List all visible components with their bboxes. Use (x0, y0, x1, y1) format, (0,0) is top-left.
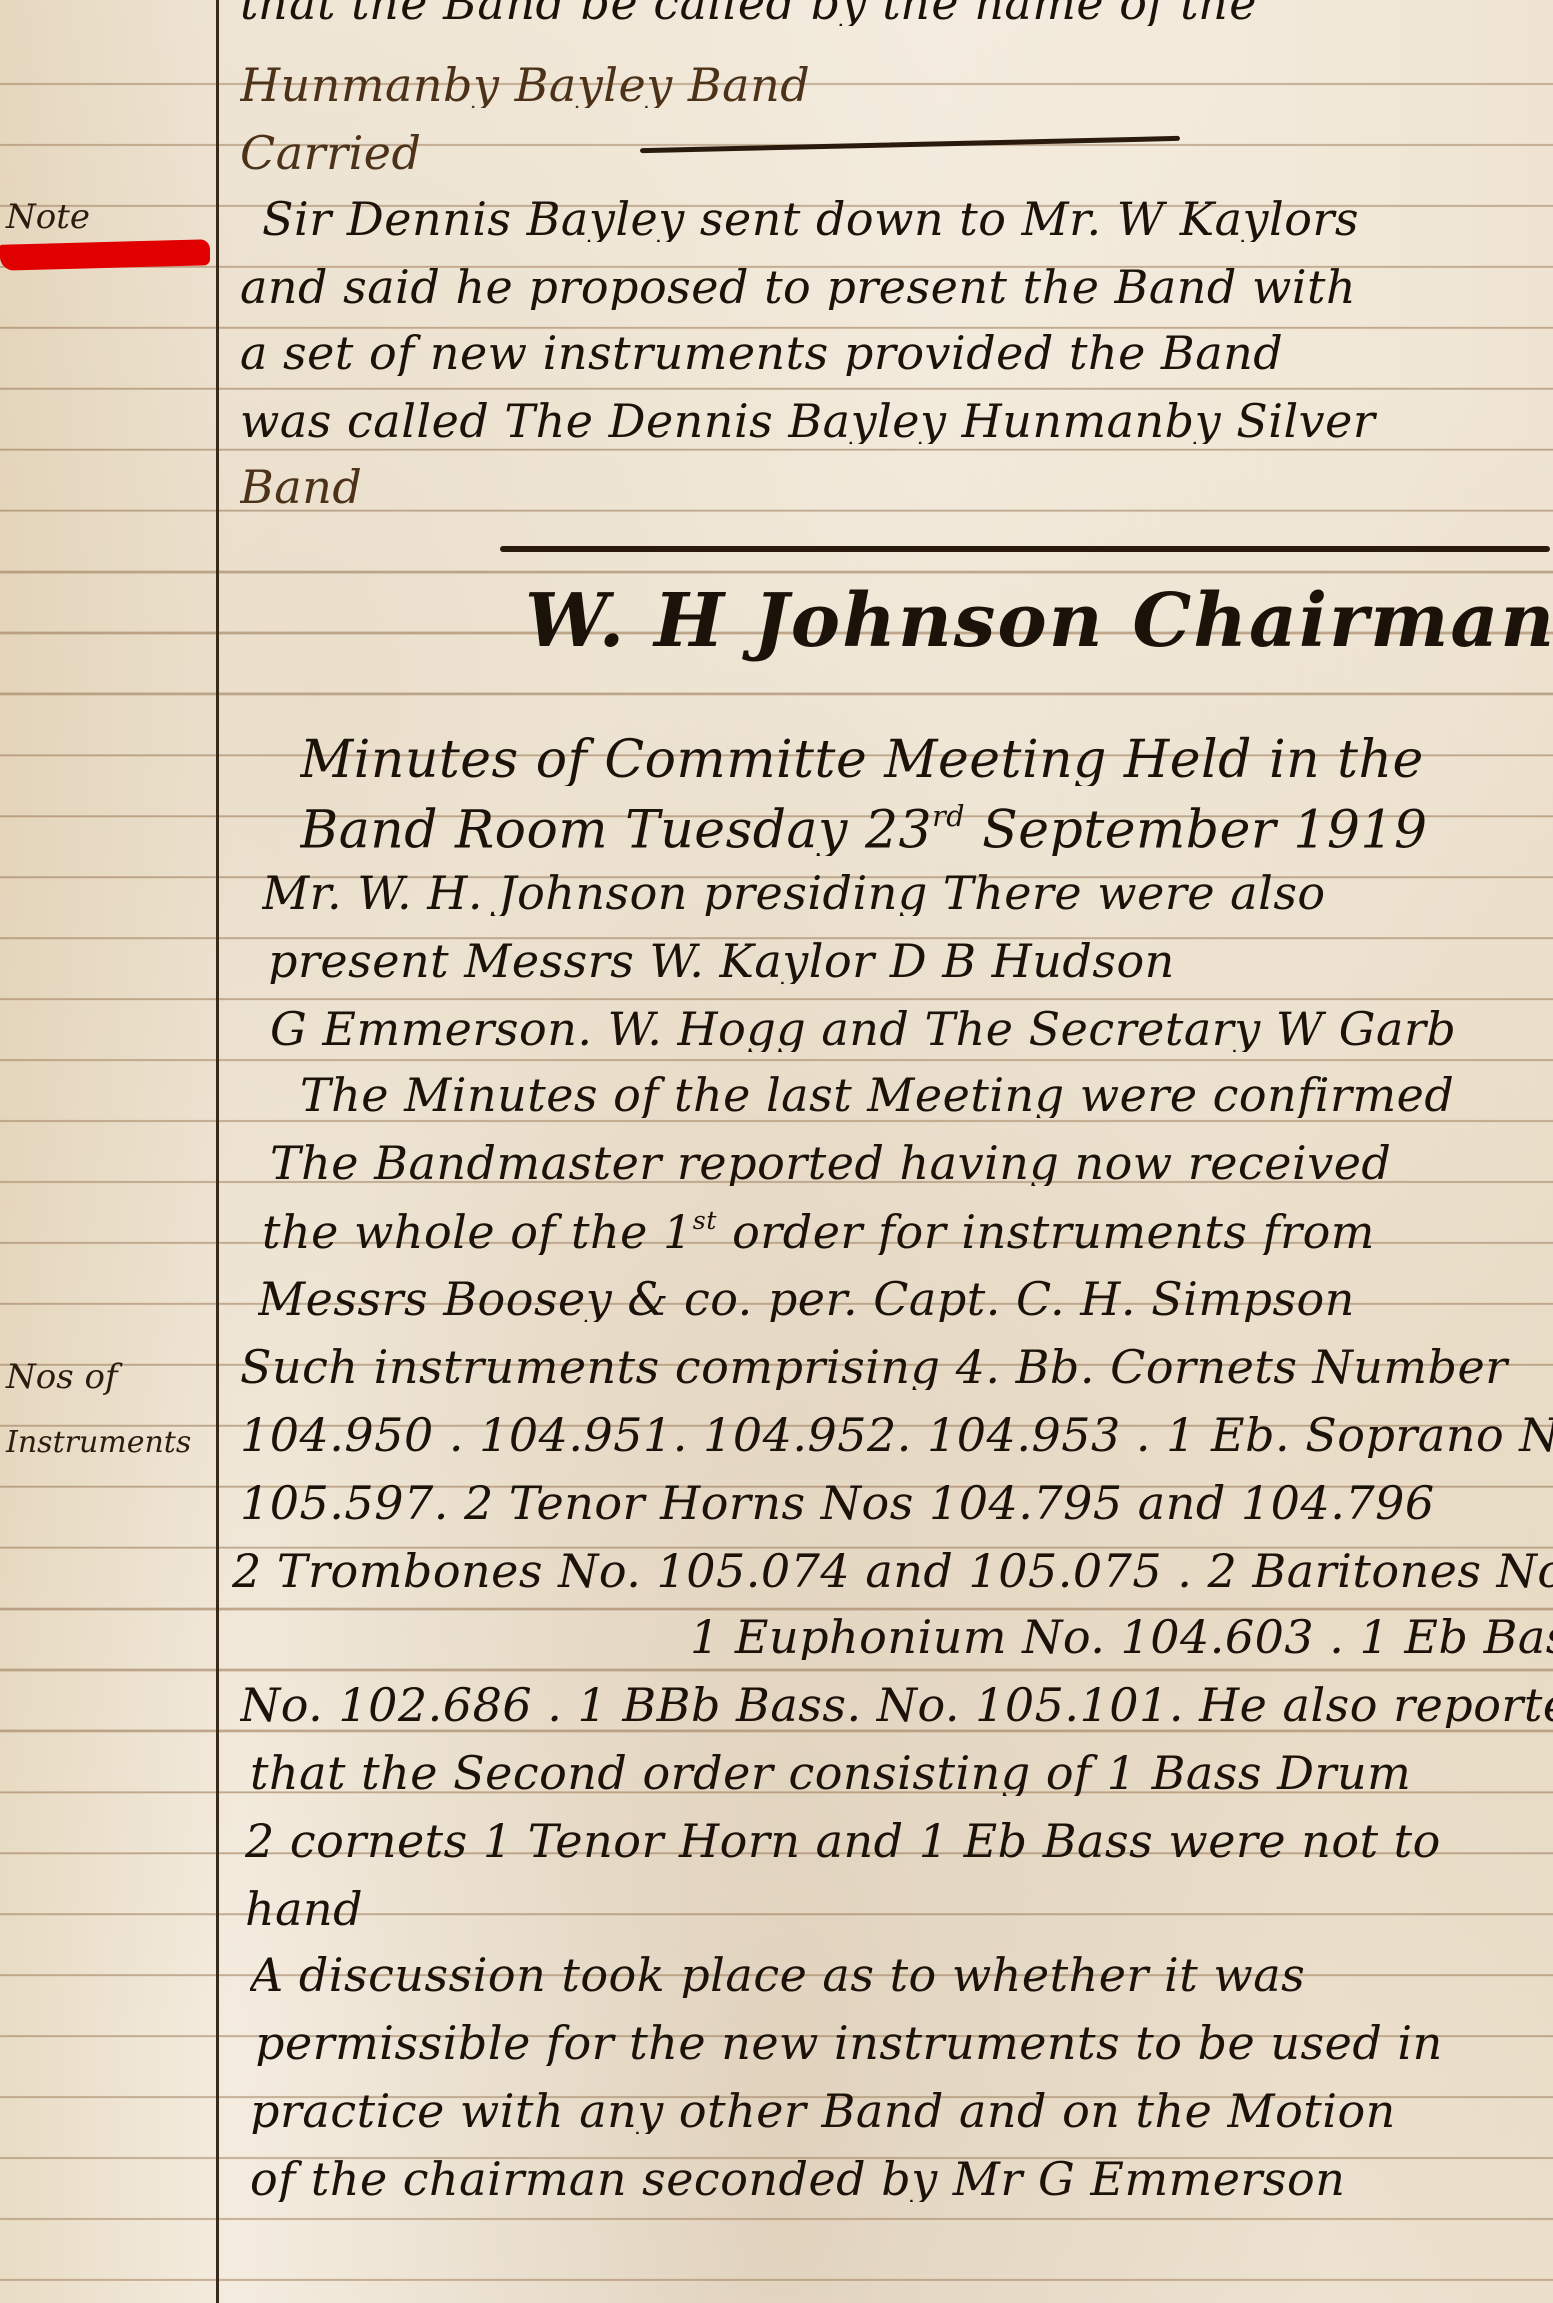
text-line: present Messrs W. Kaylor D B Hudson (268, 938, 1553, 984)
text-line: Minutes of Committe Meeting Held in the (300, 734, 1553, 786)
text-line: permissible for the new instruments to b… (255, 2020, 1553, 2066)
text-line: Band Room Tuesday 23rd September 1919 (300, 802, 1553, 856)
text-line: Sir Dennis Bayley sent down to Mr. W Kay… (262, 196, 1553, 242)
text-line: 2 Trombones No. 105.074 and 105.075 . 2 … (232, 1548, 1553, 1594)
text-line: Band (240, 464, 1553, 510)
text-line: Messrs Boosey & co. per. Capt. C. H. Sim… (258, 1276, 1553, 1322)
text-line: 104.950 . 104.951. 104.952. 104.953 . 1 … (240, 1412, 1553, 1458)
chairman-signature: W. H Johnson Chairman (525, 578, 1553, 664)
text-line: a set of new instruments provided the Ba… (240, 330, 1553, 376)
text-line: the whole of the 1st order for instrumen… (262, 1208, 1553, 1255)
text-line: and said he proposed to present the Band… (240, 264, 1553, 310)
text-fragment: September 1919 (982, 802, 1427, 856)
text-line: Carried (240, 130, 1553, 176)
superscript: st (693, 1208, 717, 1235)
margin-note-nos-of: Nos of (6, 1360, 118, 1394)
text-line: that the Band be called by the name of t… (240, 0, 1553, 26)
minute-book-page: Note Nos of Instruments that the Band be… (0, 0, 1553, 2303)
text-line: hand (245, 1886, 1553, 1932)
margin-rule (216, 0, 219, 2303)
text-line: that the Second order consisting of 1 Ba… (250, 1750, 1553, 1796)
text-line: The Bandmaster reported having now recei… (270, 1140, 1553, 1186)
text-line: G Emmerson. W. Hogg and The Secretary W … (270, 1006, 1553, 1052)
text-fragment: Band Room Tuesday 23 (300, 802, 932, 856)
text-fragment: the whole of the 1 (262, 1208, 693, 1255)
red-highlight-mark (0, 239, 210, 270)
superscript: rd (932, 802, 965, 833)
margin-note-instruments: Instruments (6, 1428, 191, 1458)
text-line: practice with any other Band and on the … (250, 2088, 1553, 2134)
text-line: No. 102.686 . 1 BBb Bass. No. 105.101. H… (240, 1682, 1553, 1728)
text-line: was called The Dennis Bayley Hunmanby Si… (240, 398, 1553, 444)
text-line: of the chairman seconded by Mr G Emmerso… (250, 2156, 1553, 2202)
text-line: 2 cornets 1 Tenor Horn and 1 Eb Bass wer… (245, 1818, 1553, 1864)
margin-note-note: Note (6, 200, 90, 234)
text-line: The Minutes of the last Meeting were con… (300, 1072, 1553, 1118)
text-line: 1 Euphonium No. 104.603 . 1 Eb Bass (690, 1614, 1553, 1660)
text-line: 105.597. 2 Tenor Horns Nos 104.795 and 1… (240, 1480, 1553, 1526)
separator-stroke (500, 546, 1550, 552)
text-line: A discussion took place as to whether it… (250, 1952, 1553, 1998)
text-fragment: order for instruments from (732, 1208, 1375, 1255)
text-line: Hunmanby Bayley Band (240, 62, 1553, 108)
text-line: Mr. W. H. Johnson presiding There were a… (262, 870, 1553, 916)
text-line: Such instruments comprising 4. Bb. Corne… (240, 1344, 1553, 1390)
